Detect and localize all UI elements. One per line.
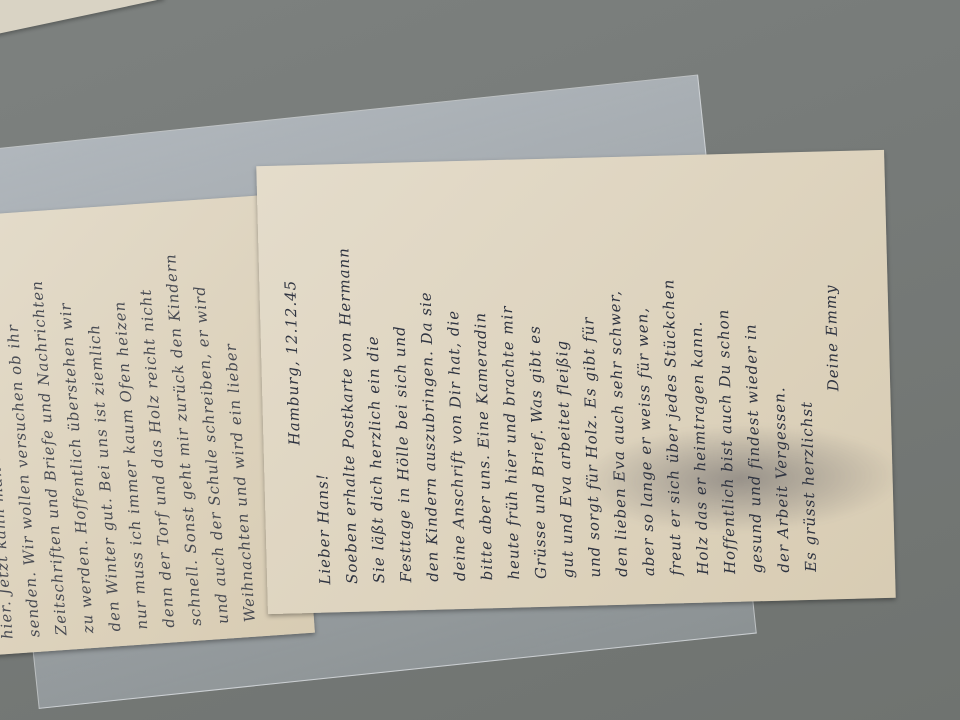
back-letter-text: hier. Jetzt kann man immer senden. Wir w… xyxy=(0,210,294,640)
front-postcard: Hamburg, 12.12.45 Lieber Hans! Soeben er… xyxy=(256,150,896,614)
front-postcard-text: Hamburg, 12.12.45 Lieber Hans! Soeben er… xyxy=(275,170,875,585)
background-paper-corner xyxy=(0,0,164,40)
